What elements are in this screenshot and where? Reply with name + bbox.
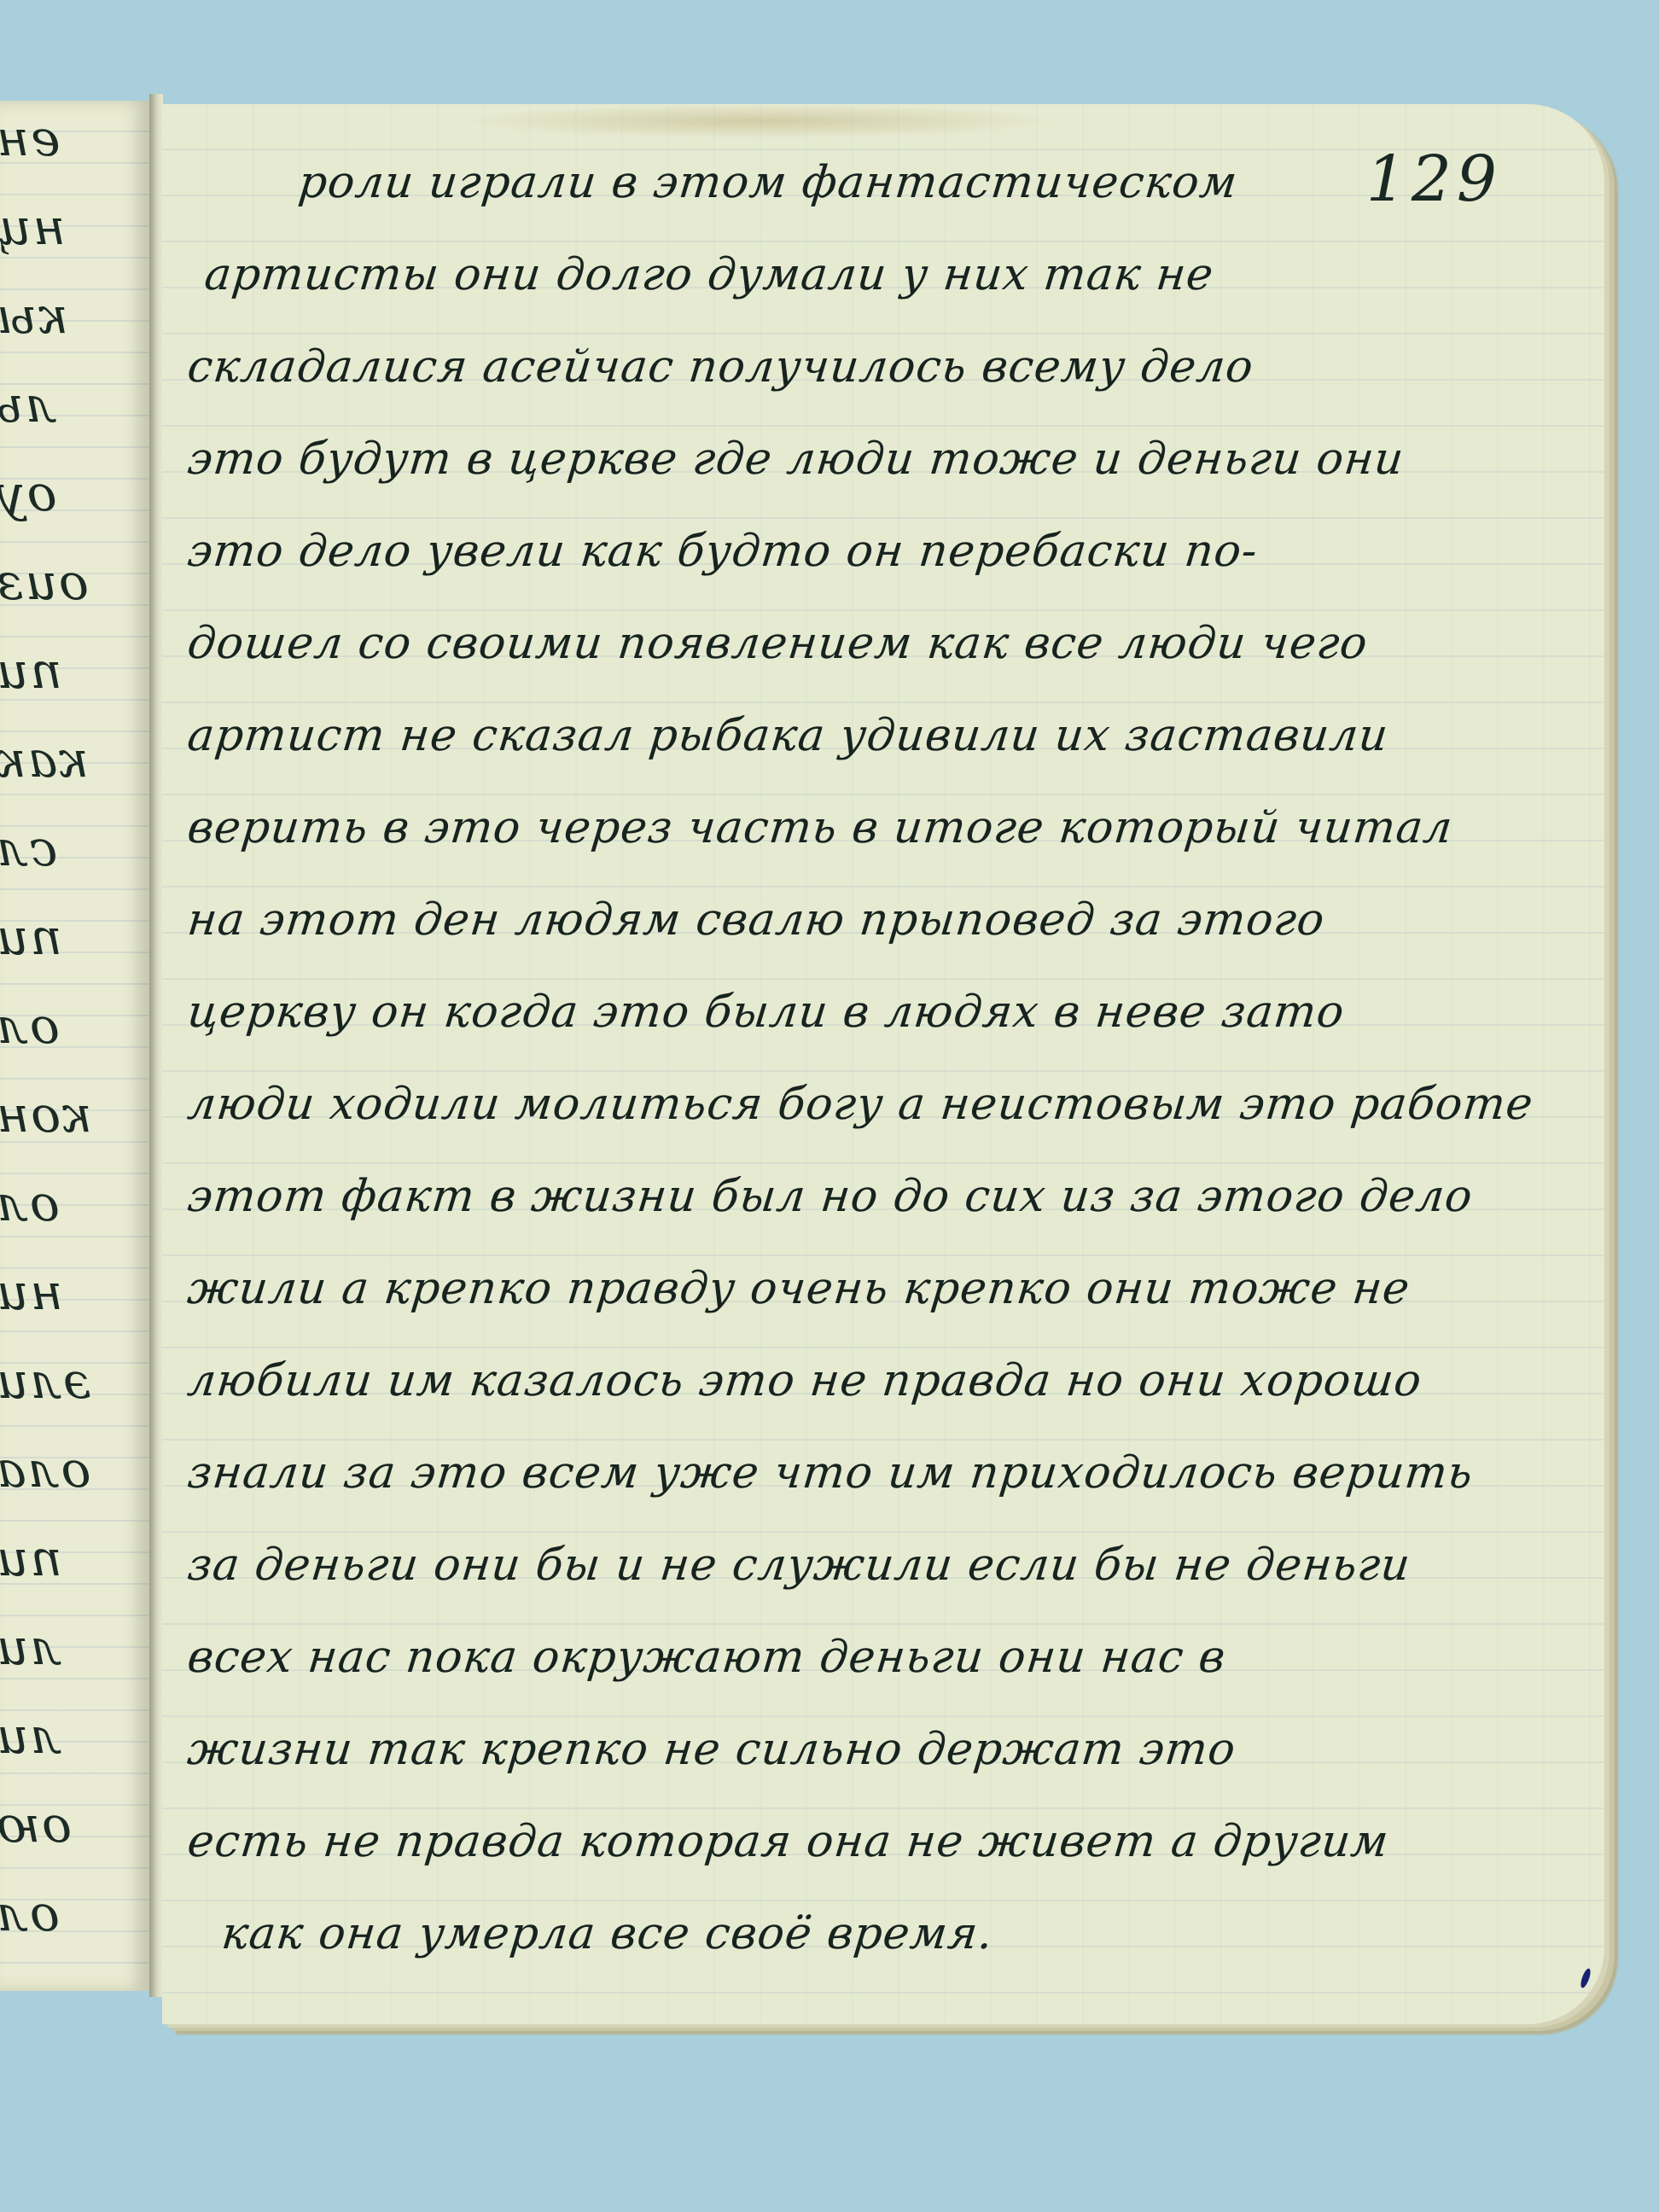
handwritten-line: любили им казалось это не правда но они … xyxy=(162,1335,1533,1427)
left-page-word-fragment: сл xyxy=(0,819,140,877)
left-page-word-fragment: ли xyxy=(0,1707,140,1765)
handwritten-line: складалися асейчас получилось всему дело xyxy=(162,321,1533,413)
handwritten-line: всех нас пока окружают деньги они нас в xyxy=(162,1611,1533,1703)
handwritten-line: это будут в церкве где люди тоже и деньг… xyxy=(162,413,1533,505)
left-page-word-fragment: оиз xyxy=(0,553,140,611)
notebook-page: 129 роли играли в этом фантастическомарт… xyxy=(162,104,1604,2024)
left-page-word-fragment: кон xyxy=(0,1086,140,1144)
handwritten-line: этот факт в жизни был но до сих из за эт… xyxy=(162,1150,1533,1243)
handwritten-line: люди ходили молиться богу а неистовым эт… xyxy=(162,1058,1533,1150)
left-page-word-fragment: ол xyxy=(0,1884,140,1942)
paper-stain xyxy=(461,104,1058,138)
handwritten-line: есть не правда которая она не живет а др… xyxy=(162,1796,1533,1888)
handwritten-line: знали за это всем уже что им приходилось… xyxy=(162,1427,1533,1519)
left-page-word-fragment: ол xyxy=(0,997,140,1055)
previous-page-edge: еннцкыльоуоизпикакслпиолконолниэлиолапил… xyxy=(0,101,151,1991)
left-page-word-fragment: пи xyxy=(0,642,140,700)
left-page-word-fragment: ол xyxy=(0,1174,140,1232)
handwritten-text: роли играли в этом фантастическомартисты… xyxy=(162,137,1528,1980)
left-page-word-fragment: эли xyxy=(0,1352,140,1410)
handwritten-line: верить в это через часть в итоге который… xyxy=(162,782,1533,874)
left-page-word-fragment: ою xyxy=(0,1796,140,1854)
handwritten-line: роли играли в этом фантастическом xyxy=(162,137,1533,229)
handwritten-line: жили а крепко правду очень крепко они то… xyxy=(162,1243,1533,1335)
handwritten-line: за деньги они бы и не служили если бы не… xyxy=(162,1519,1533,1611)
left-page-word-fragment: оу xyxy=(0,464,140,522)
left-page-word-fragment: как xyxy=(0,731,140,789)
left-page-word-fragment: нц xyxy=(0,198,140,256)
handwritten-line: дошел со своими появлением как все люди … xyxy=(162,597,1533,690)
left-page-word-fragment: ли xyxy=(0,1618,140,1676)
left-page-word-fragment: ни xyxy=(0,1263,140,1321)
handwritten-line: церкву он когда это были в людях в неве … xyxy=(162,966,1533,1058)
left-page-word-fragment: кы xyxy=(0,287,140,345)
handwritten-line: на этот ден людям свалю прыповед за этог… xyxy=(162,874,1533,966)
left-page-word-fragment: ола xyxy=(0,1441,140,1499)
handwritten-line: это дело увели как будто он перебаски по… xyxy=(162,505,1533,597)
left-page-word-fragment: ль xyxy=(0,375,140,434)
handwritten-line: артисты они долго думали у них так не xyxy=(162,229,1533,321)
ink-mark xyxy=(1579,1967,1592,1988)
left-page-word-fragment: пи xyxy=(0,1529,140,1587)
left-page-word-fragment: ен xyxy=(0,109,140,167)
notebook-binding xyxy=(149,94,163,1997)
left-page-word-fragment: пи xyxy=(0,908,140,966)
handwritten-line: артист не сказал рыбака удивили их заста… xyxy=(162,690,1533,782)
handwritten-line: как она умерла все своё время. xyxy=(162,1888,1533,1980)
handwritten-line: жизни так крепко не сильно держат это xyxy=(162,1703,1533,1796)
